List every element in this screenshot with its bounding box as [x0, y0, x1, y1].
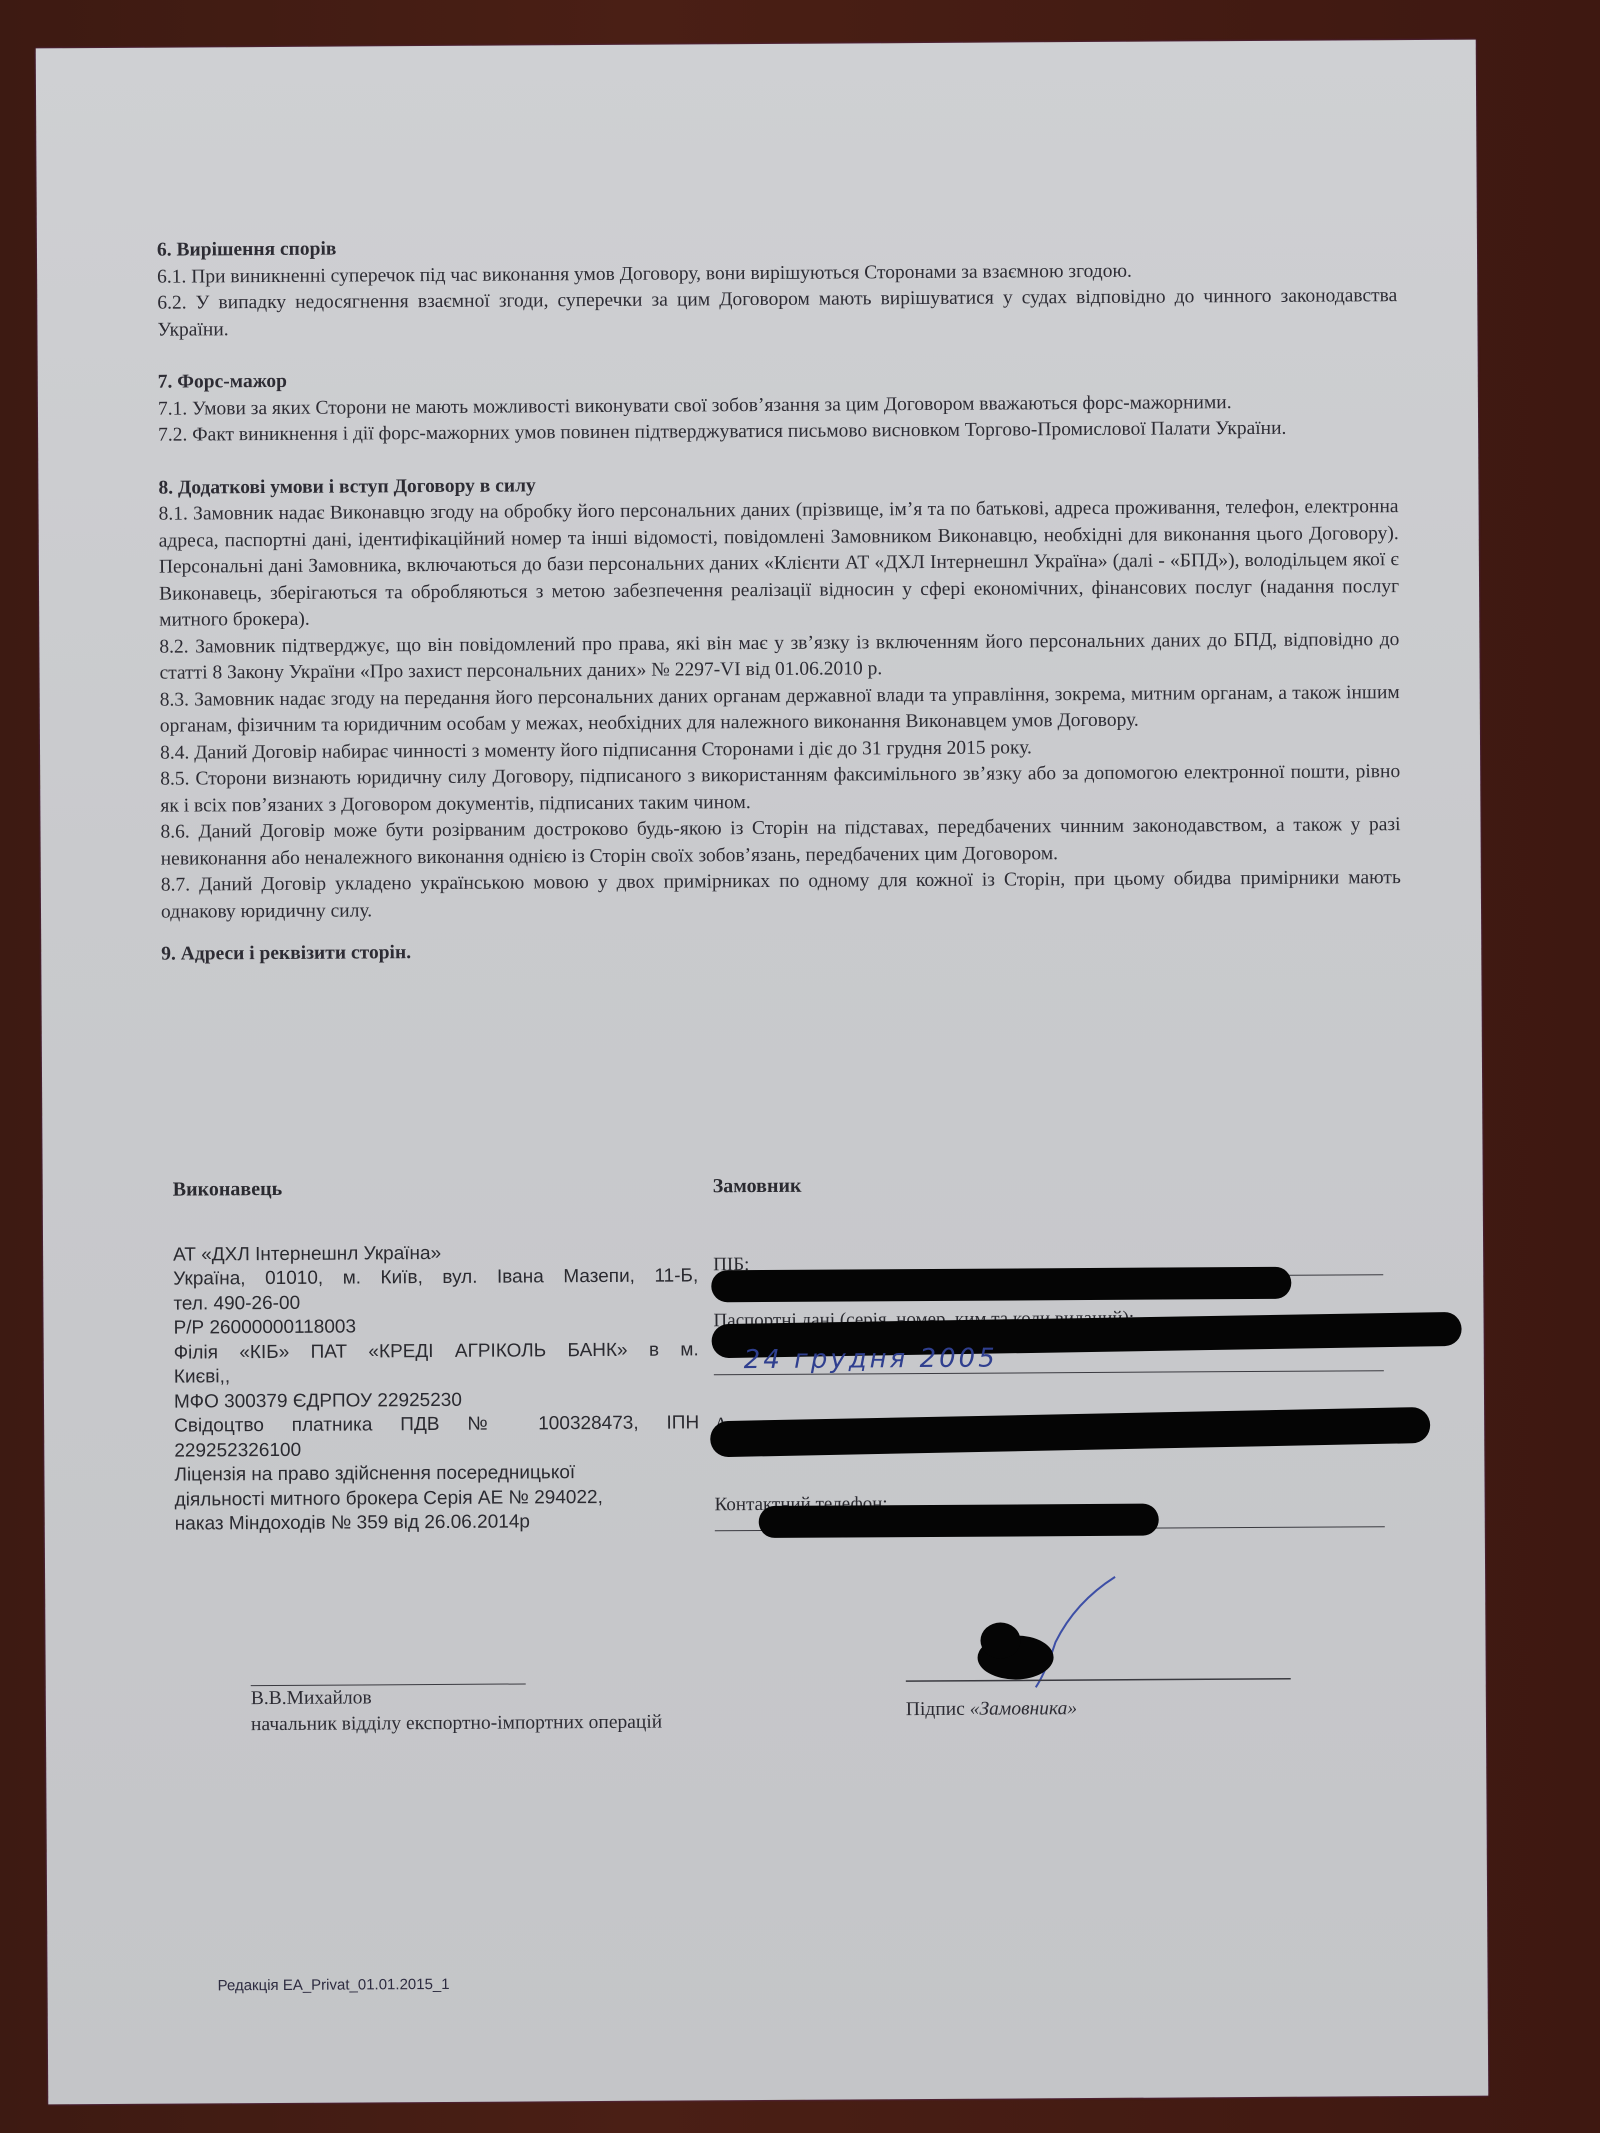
full-name-field: ПІБ: [713, 1248, 1383, 1292]
section-8: 8. Додаткові умови і вступ Договору в си… [158, 468, 1401, 926]
contractor-heading: Виконавець [173, 1174, 698, 1203]
contractor-line: МФО 300379 ЄДРПОУ 22925230 [174, 1387, 699, 1415]
signature-scribble-icon [905, 1561, 1296, 1693]
contractor-line: 229252326100 [174, 1436, 699, 1464]
passport-handwritten-date: 24 грудня 2005 [744, 1347, 998, 1374]
contractor-line: діяльності митного брокера Серія АЕ № 29… [175, 1485, 700, 1513]
section-7: 7. Форс-мажор 7.1. Умови за яких Сторони… [158, 362, 1398, 449]
clause: 8.7. Даний Договір укладено українською … [161, 865, 1401, 926]
customer-heading: Замовник [713, 1170, 1388, 1200]
contractor-line: Філія «КІБ» ПАТ «КРЕДІ АГРІКОЛЬ БАНК» в … [174, 1338, 699, 1366]
section-6: 6. Вирішення спорів 6.1. При виникненні … [157, 230, 1398, 344]
redaction-mark [711, 1267, 1291, 1303]
contractor-line: АТ «ДХЛ Інтернешнл Україна» [173, 1240, 698, 1268]
contractor-line: наказ Міндоходів № 359 від 26.06.2014р [175, 1509, 700, 1537]
signatory-position: начальник відділу експортно-імпортних оп… [251, 1710, 662, 1739]
clause: 8.5. Сторони визнають юридичну силу Дого… [160, 759, 1400, 820]
contract-body: 6. Вирішення спорів 6.1. При виникненні … [157, 230, 1401, 968]
signatory-name: В.В.Михайлов [251, 1684, 662, 1713]
section-9-title: 9. Адреси і реквізити сторін. [161, 934, 1401, 968]
redaction-mark [759, 1504, 1159, 1538]
contractor-line: Києві,, [174, 1362, 699, 1390]
contractor-line: тел. 490-26-00 [173, 1289, 698, 1317]
address-field: Адреса : [714, 1408, 1384, 1472]
document-page: 6. Вирішення спорів 6.1. При виникненні … [36, 40, 1489, 2105]
clause: 8.2. Замовник підтверджує, що він повідо… [159, 627, 1399, 688]
edition-footer: Редакція EA_Privat_01.01.2015_1 [218, 1976, 450, 1994]
contractor-signature-block: В.В.Михайлов начальник відділу експортно… [250, 1635, 662, 1739]
contractor-line: Україна, 01010, м. Київ, вул. Івана Мазе… [173, 1264, 698, 1292]
contractor-line: Ліцензія на право здійснення посередниць… [174, 1460, 699, 1488]
contractor-line: Р/Р 26000000118003 [173, 1313, 698, 1341]
clause: 6.2. У випадку недосягнення взаємної зго… [157, 283, 1397, 344]
phone-field: Контактний телефон: [715, 1488, 1385, 1542]
contractor-details: Виконавець АТ «ДХЛ Інтернешнл Україна» У… [173, 1174, 700, 1537]
clause: 8.6. Даний Договір може бути розірваним … [160, 812, 1400, 873]
customer-details: Замовник ПІБ: Паспортні дані (серія, ном… [713, 1170, 1388, 1240]
customer-signature-block: Підпис «Замовника» [905, 1561, 1296, 1723]
parties-details: Виконавець АТ «ДХЛ Інтернешнл Україна» У… [173, 1170, 1425, 1578]
contractor-signature-line [250, 1635, 525, 1686]
clause: 8.3. Замовник надає згоду на передання й… [160, 680, 1400, 741]
customer-signature-caption: Підпис «Замовника» [906, 1695, 1296, 1723]
redaction-mark [710, 1407, 1431, 1457]
passport-field: Паспортні дані (серія, номер, ким та кол… [713, 1304, 1383, 1378]
clause: 8.1. Замовник надає Виконавцю згоду на о… [159, 494, 1400, 634]
contractor-line: Свідоцтво платника ПДВ № 100328473, ІПН [174, 1411, 699, 1439]
